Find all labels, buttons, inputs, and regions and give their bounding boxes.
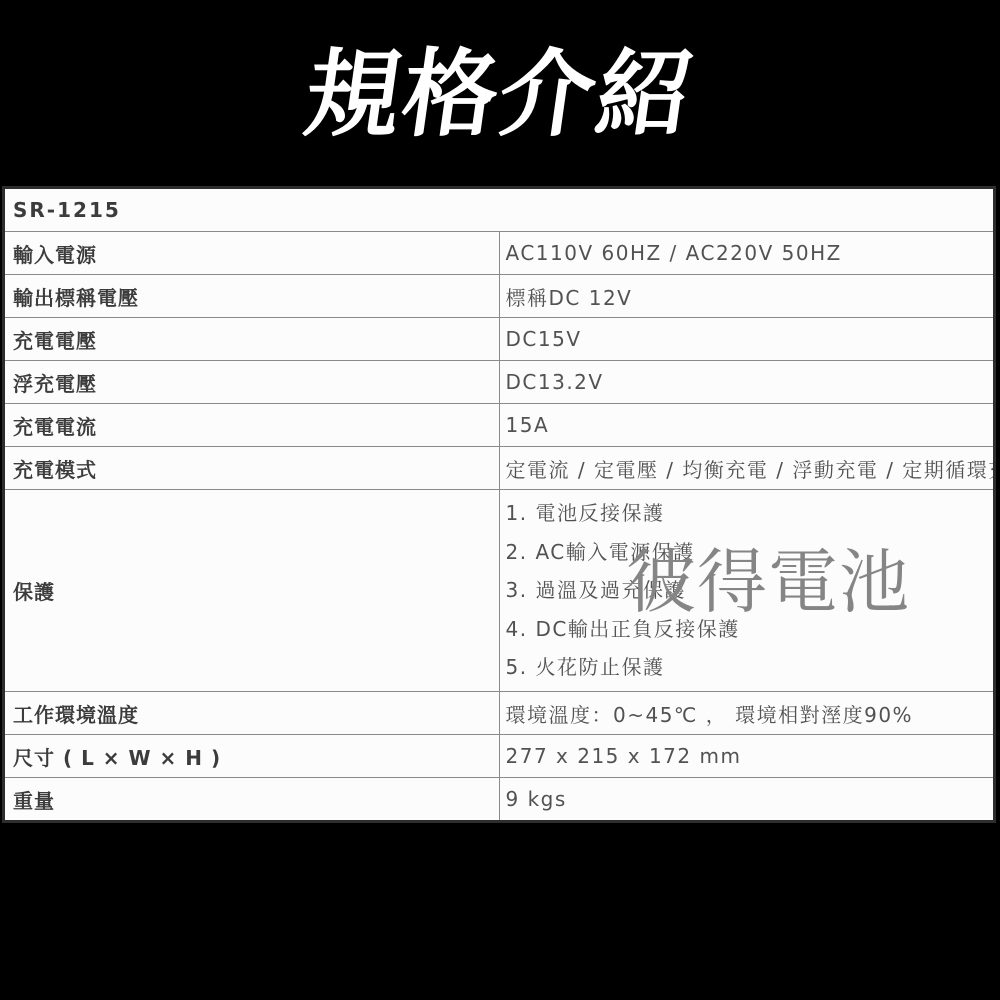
- spec-value-input-power: AC110V 60HZ / AC220V 50HZ: [499, 232, 995, 275]
- spec-value-charge-current: 15A: [499, 404, 995, 447]
- model-number: SR-1215: [4, 188, 995, 232]
- spec-label-charge-voltage: 充電電壓: [4, 318, 500, 361]
- spec-value-operating-temperature: 環境溫度：0~45℃ ， 環境相對溼度90%: [499, 692, 995, 735]
- table-row-charge-current: 充電電流 15A: [4, 404, 995, 447]
- table-row-operating-temperature: 工作環境溫度 環境溫度：0~45℃ ， 環境相對溼度90%: [4, 692, 995, 735]
- protection-item-2: 2. AC輸入電源保護: [506, 533, 990, 572]
- spec-label-operating-temperature: 工作環境溫度: [4, 692, 500, 735]
- table-row-output-nominal-voltage: 輸出標稱電壓 標稱DC 12V: [4, 275, 995, 318]
- table-row-dimensions: 尺寸 ( L × W × H ) 277 x 215 x 172 mm: [4, 735, 995, 778]
- spec-label-charge-current: 充電電流: [4, 404, 500, 447]
- spec-label-input-power: 輸入電源: [4, 232, 500, 275]
- spec-label-output-nominal-voltage: 輸出標稱電壓: [4, 275, 500, 318]
- spec-label-protection: 保護: [4, 490, 500, 692]
- table-row-float-voltage: 浮充電壓 DC13.2V: [4, 361, 995, 404]
- spec-table: SR-1215 輸入電源 AC110V 60HZ / AC220V 50HZ 輸…: [2, 186, 996, 823]
- spec-label-dimensions: 尺寸 ( L × W × H ): [4, 735, 500, 778]
- spec-value-protection: 1. 電池反接保護 2. AC輸入電源保護 3. 過溫及過充保護 4. DC輸出…: [499, 490, 995, 692]
- spec-value-dimensions: 277 x 215 x 172 mm: [499, 735, 995, 778]
- spec-value-weight: 9 kgs: [499, 778, 995, 822]
- table-row-charge-voltage: 充電電壓 DC15V: [4, 318, 995, 361]
- protection-item-5: 5. 火花防止保護: [506, 648, 990, 687]
- spec-label-float-voltage: 浮充電壓: [4, 361, 500, 404]
- spec-value-charge-mode: 定電流 / 定電壓 / 均衡充電 / 浮動充電 / 定期循環充電 / 低電壓自動…: [499, 447, 995, 490]
- spec-label-charge-mode: 充電模式: [4, 447, 500, 490]
- table-row-input-power: 輸入電源 AC110V 60HZ / AC220V 50HZ: [4, 232, 995, 275]
- protection-item-4: 4. DC輸出正負反接保護: [506, 610, 990, 649]
- table-row-charge-mode: 充電模式 定電流 / 定電壓 / 均衡充電 / 浮動充電 / 定期循環充電 / …: [4, 447, 995, 490]
- spec-value-charge-voltage: DC15V: [499, 318, 995, 361]
- protection-item-3: 3. 過溫及過充保護: [506, 571, 990, 610]
- protection-item-1: 1. 電池反接保護: [506, 494, 990, 533]
- table-row-weight: 重量 9 kgs: [4, 778, 995, 822]
- spec-value-float-voltage: DC13.2V: [499, 361, 995, 404]
- spec-value-output-nominal-voltage: 標稱DC 12V: [499, 275, 995, 318]
- table-row-protection: 保護 1. 電池反接保護 2. AC輸入電源保護 3. 過溫及過充保護 4. D…: [4, 490, 995, 692]
- spec-label-weight: 重量: [4, 778, 500, 822]
- page-title: 規格介紹: [0, 30, 1000, 160]
- table-row-model: SR-1215: [4, 188, 995, 232]
- spec-table-body: SR-1215 輸入電源 AC110V 60HZ / AC220V 50HZ 輸…: [4, 188, 995, 822]
